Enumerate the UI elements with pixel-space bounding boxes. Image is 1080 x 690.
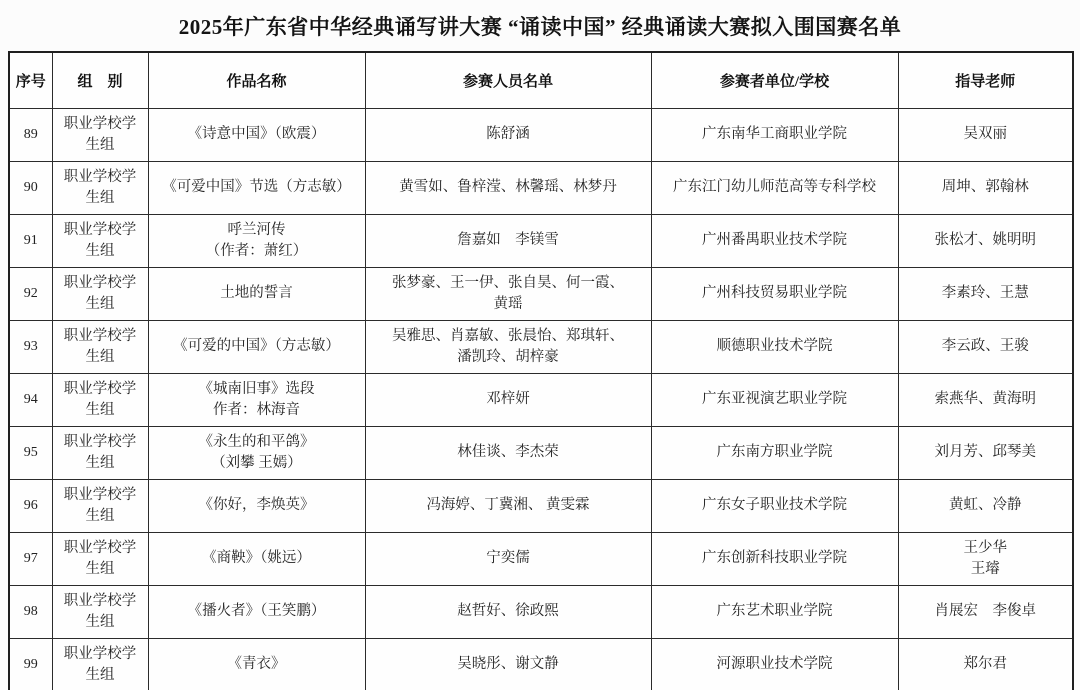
column-header-participants: 参赛人员名单	[365, 52, 651, 109]
cell-no: 98	[9, 586, 52, 639]
cell-school: 广东南方职业学院	[651, 427, 898, 480]
cell-group: 职业学校学生组	[52, 268, 148, 321]
table-row: 95职业学校学生组《永生的和平鸽》 （刘攀 王嫣）林佳谈、李杰荣广东南方职业学院…	[9, 427, 1073, 480]
cell-group: 职业学校学生组	[52, 109, 148, 162]
cell-work: 《可爱中国》节选（方志敏）	[148, 162, 365, 215]
cell-school: 广州番禺职业技术学院	[651, 215, 898, 268]
cell-work: 《你好，李焕英》	[148, 480, 365, 533]
cell-participants: 吴晓彤、谢文静	[365, 639, 651, 690]
cell-no: 93	[9, 321, 52, 374]
cell-school: 广东创新科技职业学院	[651, 533, 898, 586]
cell-no: 91	[9, 215, 52, 268]
cell-participants: 詹嘉如 李镁雪	[365, 215, 651, 268]
table-row: 97职业学校学生组《商鞅》（姚远）宁奕儒广东创新科技职业学院王少华 王璿	[9, 533, 1073, 586]
cell-participants: 吴雅思、肖嘉敏、张晨怡、郑琪轩、 潘凯玲、胡梓豪	[365, 321, 651, 374]
cell-no: 96	[9, 480, 52, 533]
cell-work: 《诗意中国》（欧震）	[148, 109, 365, 162]
cell-work: 呼兰河传 （作者：萧红）	[148, 215, 365, 268]
cell-participants: 赵哲好、徐政熙	[365, 586, 651, 639]
table-row: 90职业学校学生组《可爱中国》节选（方志敏）黄雪如、鲁梓滢、林馨瑶、林梦丹广东江…	[9, 162, 1073, 215]
column-header-school: 参赛者单位/学校	[651, 52, 898, 109]
table-row: 99职业学校学生组《青衣》吴晓彤、谢文静河源职业技术学院郑尔君	[9, 639, 1073, 690]
table-row: 94职业学校学生组《城南旧事》选段 作者：林海音邓梓妍广东亚视演艺职业学院索燕华…	[9, 374, 1073, 427]
cell-participants: 宁奕儒	[365, 533, 651, 586]
cell-group: 职业学校学生组	[52, 321, 148, 374]
cell-teachers: 王少华 王璿	[898, 533, 1073, 586]
table-row: 89职业学校学生组《诗意中国》（欧震）陈舒涵广东南华工商职业学院吴双丽	[9, 109, 1073, 162]
entries-table: 序号组 别作品名称参赛人员名单参赛者单位/学校指导老师 89职业学校学生组《诗意…	[8, 51, 1074, 690]
cell-teachers: 郑尔君	[898, 639, 1073, 690]
cell-work: 《播火者》（王笑鹏）	[148, 586, 365, 639]
cell-school: 广东女子职业技术学院	[651, 480, 898, 533]
table-header: 序号组 别作品名称参赛人员名单参赛者单位/学校指导老师	[9, 52, 1073, 109]
column-header-no: 序号	[9, 52, 52, 109]
cell-group: 职业学校学生组	[52, 215, 148, 268]
table-body: 89职业学校学生组《诗意中国》（欧震）陈舒涵广东南华工商职业学院吴双丽90职业学…	[9, 109, 1073, 690]
cell-no: 94	[9, 374, 52, 427]
cell-work: 《可爱的中国》（方志敏）	[148, 321, 365, 374]
cell-no: 97	[9, 533, 52, 586]
table-row: 92职业学校学生组土地的誓言张梦豪、王一伊、张自昊、何一霞、 黄瑶广州科技贸易职…	[9, 268, 1073, 321]
cell-group: 职业学校学生组	[52, 162, 148, 215]
cell-no: 95	[9, 427, 52, 480]
cell-work: 《商鞅》（姚远）	[148, 533, 365, 586]
cell-group: 职业学校学生组	[52, 586, 148, 639]
cell-group: 职业学校学生组	[52, 480, 148, 533]
table-row: 91职业学校学生组呼兰河传 （作者：萧红）詹嘉如 李镁雪广州番禺职业技术学院张松…	[9, 215, 1073, 268]
cell-participants: 邓梓妍	[365, 374, 651, 427]
cell-no: 90	[9, 162, 52, 215]
cell-group: 职业学校学生组	[52, 374, 148, 427]
cell-school: 广东江门幼儿师范高等专科学校	[651, 162, 898, 215]
cell-participants: 陈舒涵	[365, 109, 651, 162]
header-row: 序号组 别作品名称参赛人员名单参赛者单位/学校指导老师	[9, 52, 1073, 109]
cell-work: 《城南旧事》选段 作者：林海音	[148, 374, 365, 427]
table-row: 98职业学校学生组《播火者》（王笑鹏）赵哲好、徐政熙广东艺术职业学院肖展宏 李俊…	[9, 586, 1073, 639]
page-title: 2025年广东省中华经典诵写讲大赛 “诵读中国” 经典诵读大赛拟入围国赛名单	[6, 11, 1074, 41]
cell-participants: 张梦豪、王一伊、张自昊、何一霞、 黄瑶	[365, 268, 651, 321]
cell-no: 89	[9, 109, 52, 162]
cell-teachers: 周坤、郭翰林	[898, 162, 1073, 215]
cell-school: 顺德职业技术学院	[651, 321, 898, 374]
column-header-teachers: 指导老师	[898, 52, 1073, 109]
cell-teachers: 索燕华、黄海明	[898, 374, 1073, 427]
cell-teachers: 李云政、王骏	[898, 321, 1073, 374]
cell-no: 92	[9, 268, 52, 321]
cell-school: 广东艺术职业学院	[651, 586, 898, 639]
cell-group: 职业学校学生组	[52, 533, 148, 586]
table-row: 96职业学校学生组《你好，李焕英》冯海婷、丁冀湘、 黄雯霖广东女子职业技术学院黄…	[9, 480, 1073, 533]
cell-school: 广州科技贸易职业学院	[651, 268, 898, 321]
cell-participants: 冯海婷、丁冀湘、 黄雯霖	[365, 480, 651, 533]
cell-teachers: 肖展宏 李俊卓	[898, 586, 1073, 639]
cell-school: 广东南华工商职业学院	[651, 109, 898, 162]
column-header-group: 组 别	[52, 52, 148, 109]
cell-school: 广东亚视演艺职业学院	[651, 374, 898, 427]
table-row: 93职业学校学生组《可爱的中国》（方志敏）吴雅思、肖嘉敏、张晨怡、郑琪轩、 潘凯…	[9, 321, 1073, 374]
cell-school: 河源职业技术学院	[651, 639, 898, 690]
cell-participants: 林佳谈、李杰荣	[365, 427, 651, 480]
cell-no: 99	[9, 639, 52, 690]
cell-teachers: 张松才、姚明明	[898, 215, 1073, 268]
cell-teachers: 黄虹、冷静	[898, 480, 1073, 533]
column-header-work: 作品名称	[148, 52, 365, 109]
document-page: 2025年广东省中华经典诵写讲大赛 “诵读中国” 经典诵读大赛拟入围国赛名单 序…	[0, 11, 1080, 690]
cell-work: 《永生的和平鸽》 （刘攀 王嫣）	[148, 427, 365, 480]
cell-group: 职业学校学生组	[52, 639, 148, 690]
cell-teachers: 李素玲、王慧	[898, 268, 1073, 321]
cell-teachers: 吴双丽	[898, 109, 1073, 162]
cell-teachers: 刘月芳、邱琴美	[898, 427, 1073, 480]
cell-work: 土地的誓言	[148, 268, 365, 321]
cell-participants: 黄雪如、鲁梓滢、林馨瑶、林梦丹	[365, 162, 651, 215]
cell-work: 《青衣》	[148, 639, 365, 690]
cell-group: 职业学校学生组	[52, 427, 148, 480]
